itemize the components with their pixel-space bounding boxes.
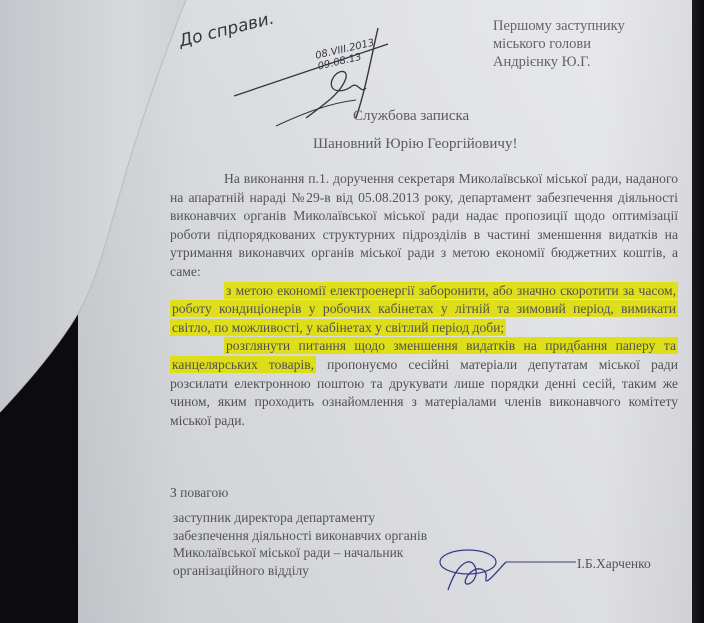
addressee-block: Першому заступнику міського голови Андрі… — [493, 17, 625, 71]
background-dark-surface — [0, 300, 84, 623]
signer-name: І.Б.Харченко — [577, 556, 651, 572]
memo-body: На виконання п.1. доручення секретаря Ми… — [170, 170, 678, 430]
background-dark-edge — [690, 0, 704, 623]
position-line-4: організаційного відділу — [173, 562, 427, 580]
body-item-1: з метою економії електроенергії заборони… — [170, 282, 678, 338]
salutation: Шановний Юрію Георгійовичу! — [313, 136, 517, 153]
addressee-line-2: міського голови — [493, 35, 625, 53]
memo-page: Першому заступнику міського голови Андрі… — [78, 0, 692, 623]
highlighted-text: з метою економії електроенергії заборони… — [170, 282, 678, 336]
signer-position: заступник директора департаменту забезпе… — [173, 509, 427, 579]
body-item-2: розглянути питання щодо зменшення видатк… — [170, 337, 678, 430]
addressee-line-3: Андрієнку Ю.Г. — [493, 53, 625, 71]
position-line-1: заступник директора департаменту — [173, 509, 427, 527]
position-line-2: забезпечення діяльності виконавчих орган… — [173, 527, 427, 545]
body-intro-paragraph: На виконання п.1. доручення секретаря Ми… — [170, 170, 678, 282]
document-title: Службова записка — [353, 108, 469, 125]
closing-phrase: З повагою — [170, 485, 228, 501]
position-line-3: Миколаївської міської ради – начальник — [173, 544, 427, 562]
signer-signature-icon — [428, 540, 588, 600]
addressee-line-1: Першому заступнику — [493, 17, 625, 35]
